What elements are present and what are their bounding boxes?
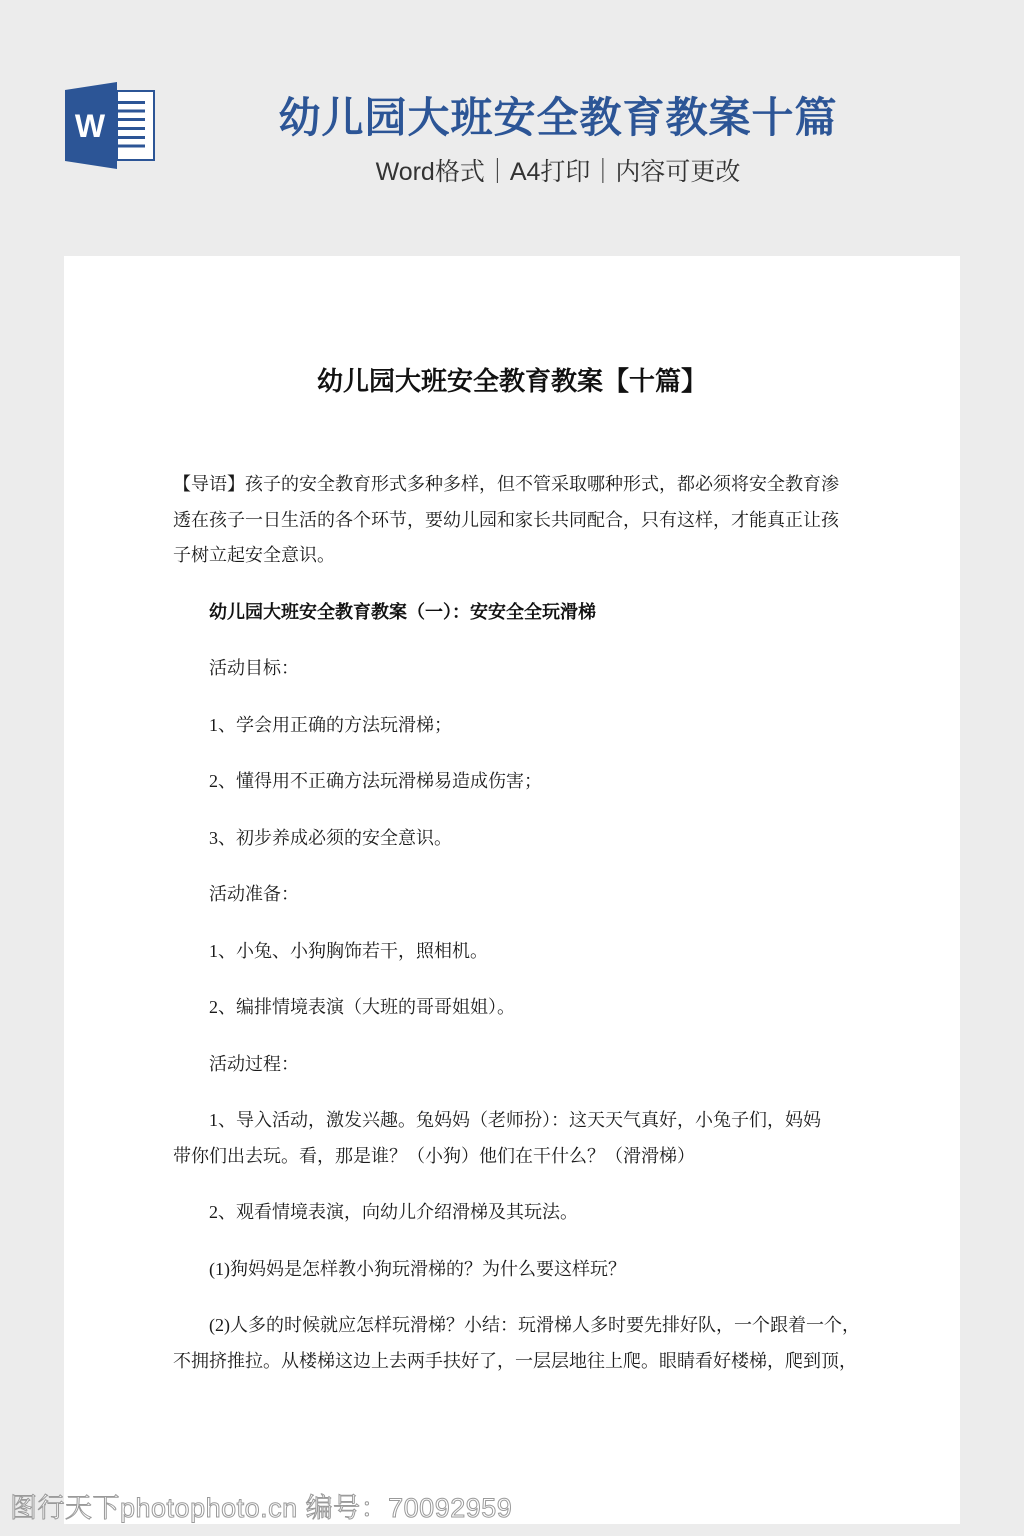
text-line: 1、导入活动，激发兴趣。兔妈妈（老师扮）：这天天气真好，小兔子们，妈妈 (173, 1103, 863, 1139)
text-line: 活动准备： (173, 877, 863, 913)
text-line: 幼儿园大班安全教育教案（一）：安安全全玩滑梯 (173, 595, 863, 631)
text-line: 透在孩子一日生活的各个环节，要幼儿园和家长共同配合，只有这样，才能真正让孩 (173, 503, 863, 539)
list-item: 2、懂得用不正确方法玩滑梯易造成伤害； (173, 764, 863, 800)
text-line: 子树立起安全意识。 (173, 538, 863, 574)
text-line: 活动过程： (173, 1047, 863, 1083)
list-item: 1、学会用正确的方法玩滑梯； (173, 708, 863, 744)
body-paragraph: (2)人多的时候就应怎样玩滑梯？小结：玩滑梯人多时要先排好队，一个跟着一个， 不… (173, 1308, 863, 1379)
text-line: 带你们出去玩。看，那是谁？（小狗）他们在干什么？（滑滑梯） (173, 1139, 863, 1175)
text-line: 2、懂得用不正确方法玩滑梯易造成伤害； (173, 764, 863, 800)
document-title: 幼儿园大班安全教育教案【十篇】 (64, 364, 960, 400)
header-subtitle: Word格式｜A4打印｜内容可更改 (240, 156, 876, 188)
section-heading: 幼儿园大班安全教育教案（一）：安安全全玩滑梯 (173, 595, 863, 631)
body-paragraph: 2、观看情境表演，向幼儿介绍滑梯及其玩法。 (173, 1195, 863, 1231)
text-line: 【导语】孩子的安全教育形式多种多样，但不管采取哪种形式，都必须将安全教育渗 (173, 467, 863, 503)
document-body: 【导语】孩子的安全教育形式多种多样，但不管采取哪种形式，都必须将安全教育渗 透在… (173, 467, 863, 1400)
intro-paragraph: 【导语】孩子的安全教育形式多种多样，但不管采取哪种形式，都必须将安全教育渗 透在… (173, 467, 863, 574)
body-paragraph: 1、导入活动，激发兴趣。兔妈妈（老师扮）：这天天气真好，小兔子们，妈妈 带你们出… (173, 1103, 863, 1174)
list-item: 2、编排情境表演（大班的哥哥姐姐）。 (173, 990, 863, 1026)
text-line: 1、学会用正确的方法玩滑梯； (173, 708, 863, 744)
word-icon: W (64, 80, 156, 172)
watermark: 图行天下photophoto.cn 编号：70092959 (10, 1490, 512, 1526)
subheading-process: 活动过程： (173, 1047, 863, 1083)
text-line: (1)狗妈妈是怎样教小狗玩滑梯的？为什么要这样玩？ (173, 1252, 863, 1288)
text-line: 1、小兔、小狗胸饰若干，照相机。 (173, 934, 863, 970)
svg-text:W: W (75, 108, 106, 144)
text-line: 3、初步养成必须的安全意识。 (173, 821, 863, 857)
text-line: 活动目标： (173, 651, 863, 687)
document-page: 幼儿园大班安全教育教案【十篇】 【导语】孩子的安全教育形式多种多样，但不管采取哪… (64, 256, 960, 1524)
list-item: 1、小兔、小狗胸饰若干，照相机。 (173, 934, 863, 970)
text-line: (2)人多的时候就应怎样玩滑梯？小结：玩滑梯人多时要先排好队，一个跟着一个， (173, 1308, 863, 1344)
text-line: 不拥挤推拉。从楼梯这边上去两手扶好了，一层层地往上爬。眼睛看好楼梯，爬到顶， (173, 1344, 863, 1380)
list-item: 3、初步养成必须的安全意识。 (173, 821, 863, 857)
subheading-preparation: 活动准备： (173, 877, 863, 913)
text-line: 2、观看情境表演，向幼儿介绍滑梯及其玩法。 (173, 1195, 863, 1231)
text-line: 2、编排情境表演（大班的哥哥姐姐）。 (173, 990, 863, 1026)
header-title: 幼儿园大班安全教育教案十篇 (240, 92, 876, 144)
body-paragraph: (1)狗妈妈是怎样教小狗玩滑梯的？为什么要这样玩？ (173, 1252, 863, 1288)
subheading-goals: 活动目标： (173, 651, 863, 687)
